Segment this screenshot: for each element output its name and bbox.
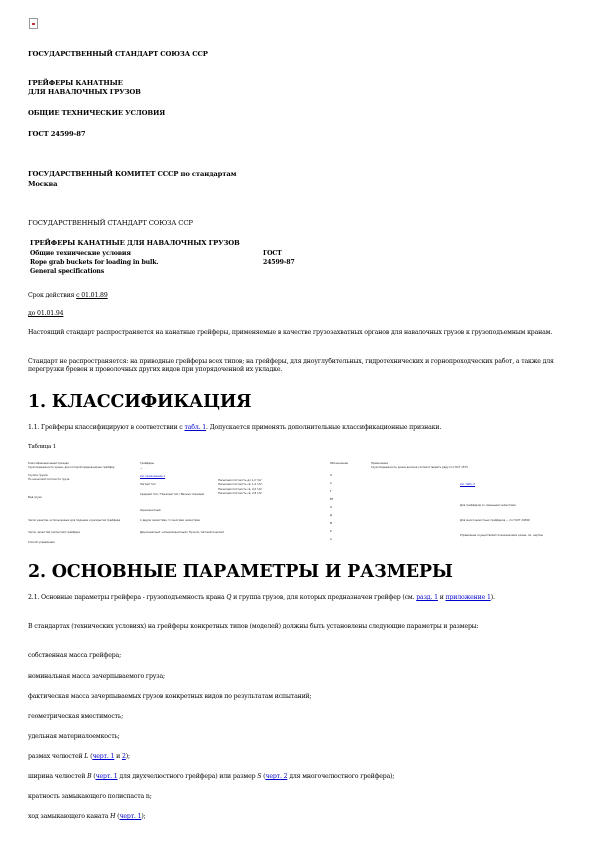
titleblock-gost-number: 24599-87 [263,259,295,267]
section-2-heading: 2. ОСНОВНЫЕ ПАРАМЕТРЫ И РАЗМЕРЫ [28,562,453,582]
table-cell: Легкий тип [140,483,156,487]
list-item-jaw-width: ширина челюстей B (черт. 1 для двухчелюс… [28,773,394,781]
list-item: фактическая масса зачерпываемых грузов к… [28,693,311,701]
drawing-1-link[interactable]: черт. 1 [92,753,114,760]
table-col-4-header: Обозначение [330,462,348,466]
table-cell: А [330,538,332,542]
list-item: номинальная масса зачерпываемого груза; [28,673,165,681]
table-cell: Л [330,474,332,478]
table-cell: С двумя челюстями / С многими челюстями [140,519,200,523]
text: ). [491,594,495,601]
table-caption: Таблица 1 [28,443,56,451]
header-title-line2: ДЛЯ НАВАЛОЧНЫХ ГРУЗОВ [28,88,141,97]
list-item-rope-travel: ход замыкающего каната H (черт. 1); [28,813,146,821]
text: размах челюстей [28,753,84,760]
drawing-1-link[interactable]: черт. 1 [96,773,118,780]
table-cell: М [330,522,332,526]
text: ); [141,813,145,820]
list-item: удельная материалоемкость; [28,733,120,741]
table-cell: Для грейферов со сменными челюстями [460,504,516,508]
table-cell-link[interactable]: См. табл. 2 [460,483,475,487]
header-gost: ГОСТ 24599-87 [28,130,85,139]
appendix-1-link[interactable]: приложение 1 [446,594,491,601]
titleblock-gost-label: ГОСТ [263,250,282,258]
section-1-link[interactable]: разд. 1 [416,594,438,601]
table-cell: О [330,506,332,510]
table-cell: Грузоподъемность крана, для которой пред… [28,466,114,470]
table-cell: С [330,482,332,486]
table-cell: Насыпная плотность св. 1,2 т/м³ [218,483,262,487]
intro-paragraph-1: Настоящий стандарт распространяется на к… [28,329,558,337]
broken-image-icon [29,18,38,29]
titleblock-org: ГОСУДАРСТВЕННЫЙ СТАНДАРТ СОЮЗА ССР [28,219,193,228]
appendix-1-link[interactable]: См. приложение 1 [140,475,165,478]
text: ход замыкающего каната [28,813,110,820]
validity-label: Срок действия [28,292,74,299]
table-cell: Д [330,514,332,518]
header-committee: ГОСУДАРСТВЕННЫЙ КОМИТЕТ СССР по стандарт… [28,170,236,179]
list-item: собственная масса грейфера; [28,652,121,660]
text: для двухчелюстного грейфера) или размер [118,773,258,780]
table-cell: Для многочелюстных грейферов — по ГОСТ 2… [460,519,530,523]
titleblock-en-sub: General specifications [30,268,104,276]
table-cell: Двухканатный, четырехканатный / Ручной /… [140,531,224,535]
table-cell: Т [330,490,332,494]
section-1-paragraph: 1.1. Грейферы классифицируют в соответст… [28,424,441,432]
text: 1.1. Грейферы классифицируют в соответст… [28,424,184,431]
titleblock-en-title: Rope grab buckets for loading in bulk. [30,259,158,267]
table-2-link[interactable]: См. табл. 2 [460,483,475,486]
header-city: Москва [28,180,57,189]
table-cell: Вид груза [28,496,42,500]
table-cell: Число челюстей (лопастей) грейфера [28,531,80,535]
text: ); [126,753,130,760]
header-org: ГОСУДАРСТВЕННЫЙ СТАНДАРТ СОЮЗА ССР [28,50,208,59]
section-1-heading: 1. КЛАССИФИКАЦИЯ [28,392,251,412]
table-cell: Грузоподъемность крана должна соответств… [371,466,468,470]
table-cell: Число канатов, используемых для подъема … [28,519,120,523]
classification-table: Классификационный признак Грузоподъемнос… [28,462,568,554]
table-cell: Насыпная плотность св. 2,8 т/м³ [218,492,262,496]
table-cell: — [140,467,143,471]
section-2-paragraph-1: 2.1. Основные параметры грейфера - грузо… [28,594,558,602]
list-item: кратность замыкающего полиспаста n; [28,793,152,801]
header-subtitle: ОБЩИЕ ТЕХНИЧЕСКИЕ УСЛОВИЯ [28,109,165,118]
validity-from: с 01.01.89 [76,292,108,299]
titleblock-ru-sub: Общие технические условия [30,250,131,258]
text: для многочелюстного грейфера); [287,773,394,780]
table-cell: Средний тип / Тяжелый тип / Весьма тяжел… [140,493,204,497]
section-2-paragraph-2: В стандартах (технических условиях) на г… [28,623,558,631]
validity-to: до 01.01.94 [28,310,63,318]
titleblock-title: ГРЕЙФЕРЫ КАНАТНЫЕ ДЛЯ НАВАЛОЧНЫХ ГРУЗОВ [30,239,240,248]
table-cell: Р [330,530,332,534]
list-item: геометрическая вместимость; [28,713,123,721]
validity-line: Срок действия с 01.01.89 [28,292,108,300]
list-item-jaw-span: размах челюстей L (черт. 1 и 2); [28,753,130,761]
text: ширина челюстей [28,773,87,780]
text: . Допускается применять дополнительные к… [206,424,441,431]
text: 2.1. Основные параметры грейфера - грузо… [28,594,226,601]
drawing-1-link[interactable]: черт. 1 [119,813,141,820]
text: и [114,753,122,760]
table-cell: Управление осуществляется механизмом кра… [460,534,543,538]
table-cell: Способ управления [28,541,55,545]
table-cell: Одноканатный [140,509,161,513]
table-col-2-header: Грейферы [140,462,154,466]
text: и группа грузов, для которых предназначе… [231,594,416,601]
drawing-2-link[interactable]: черт. 2 [265,773,287,780]
header-title-line1: ГРЕЙФЕРЫ КАНАТНЫЕ [28,79,123,88]
table-cell-link[interactable]: См. приложение 1 [140,475,165,479]
table-cell: ВТ [330,498,333,502]
text: и [438,594,446,601]
intro-paragraph-2: Стандарт не распространяется: на приводн… [28,358,558,374]
table-cell: По насыпной плотности груза [28,478,69,482]
table-1-link[interactable]: табл. 1 [184,424,206,431]
